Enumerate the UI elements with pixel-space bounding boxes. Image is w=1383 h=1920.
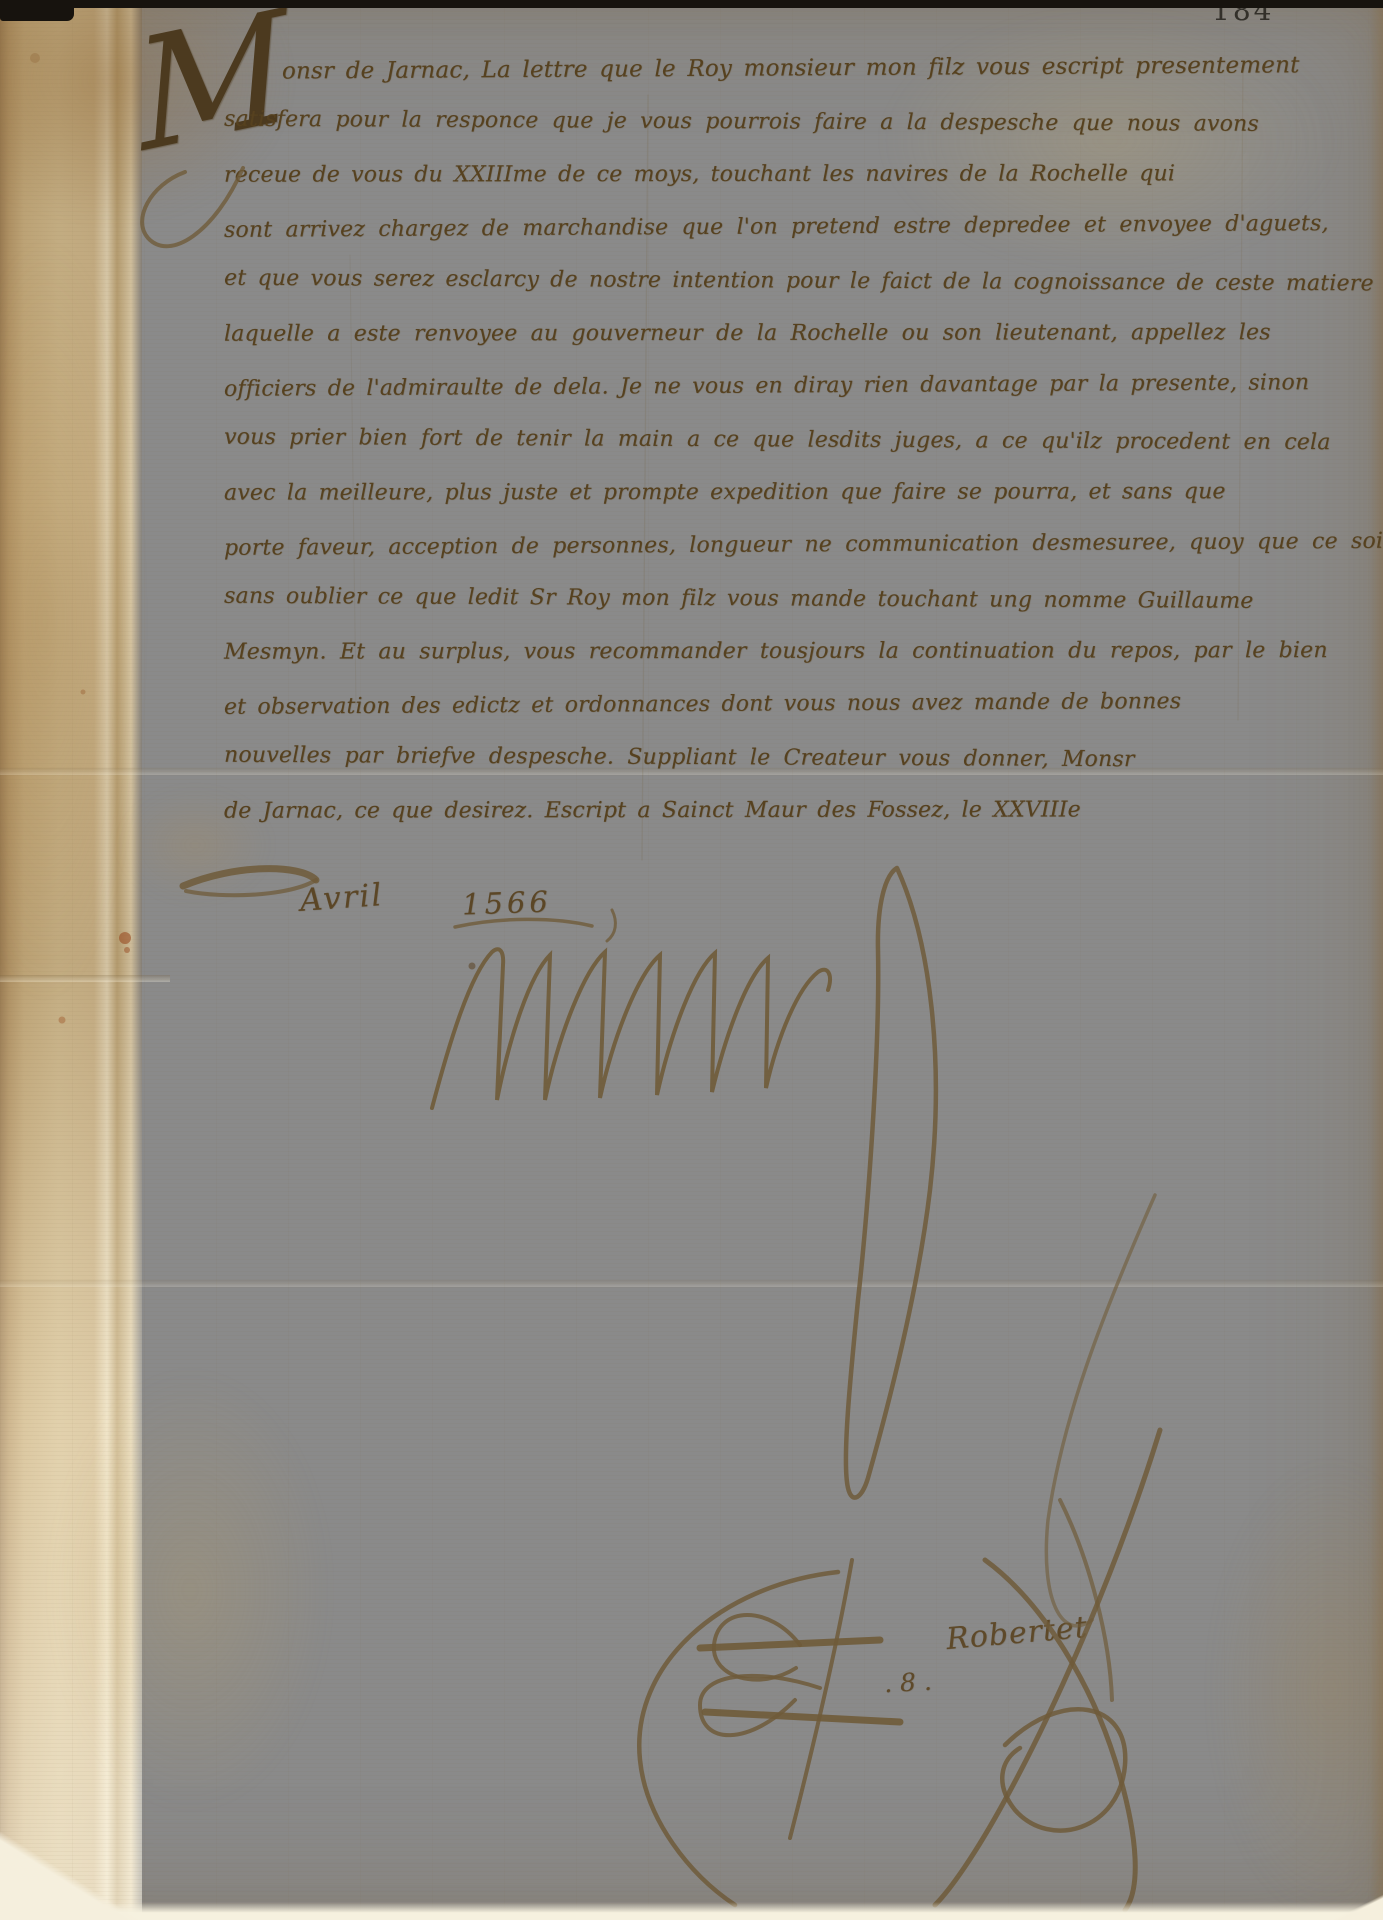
manuscript-line: et que vous serez esclarcy de nostre int… bbox=[224, 266, 1154, 324]
dateline-month: Avril bbox=[299, 877, 385, 919]
left-fold-edge bbox=[0, 0, 142, 1920]
manuscript-line: satisfera pour la responce que je vous p… bbox=[224, 107, 1154, 165]
dateline-swash bbox=[183, 869, 316, 886]
bottom-left-backing bbox=[0, 1825, 150, 1920]
caterine-signature-stroke bbox=[432, 949, 830, 1108]
manuscript-line: Mesmyn. Et au surplus, vous recommander … bbox=[224, 638, 1154, 692]
manuscript-line: onsr de Jarnac, La lettre que le Roy mon… bbox=[224, 53, 1154, 112]
manuscript-line: officiers de l'admiraulte de dela. Je ne… bbox=[224, 371, 1154, 430]
manuscript-line: avec la meilleure, plus juste et prompte… bbox=[224, 479, 1154, 533]
robertet-arc bbox=[639, 1572, 838, 1905]
horizontal-fold-crease bbox=[0, 1280, 1383, 1287]
manuscript-line: sans oublier ce que ledit Sr Roy mon fil… bbox=[224, 584, 1154, 642]
manuscript-line: de Jarnac, ce que desirez. Escript a Sai… bbox=[224, 797, 1154, 851]
descending-loop bbox=[846, 868, 936, 1498]
manuscript-line: receue de vous du XXIIIme de ce moys, to… bbox=[224, 161, 1154, 215]
registry-mark: . 8 . bbox=[883, 1667, 932, 1698]
letter-body: onsr de Jarnac, La lettre que le Roy mon… bbox=[224, 56, 1154, 851]
manuscript-page: M onsr de Jarnac, La lettre que le Roy m… bbox=[0, 0, 1383, 1920]
scan-top-edge-left bbox=[0, 0, 74, 21]
manuscript-line: sont arrivez chargez de marchandise que … bbox=[224, 212, 1154, 271]
scan-bottom-edge bbox=[0, 1902, 1383, 1920]
dateline-year: 1566 bbox=[461, 884, 552, 921]
folio-number: 184 bbox=[1212, 8, 1322, 25]
manuscript-line: porte faveur, acception de personnes, lo… bbox=[224, 530, 1154, 589]
scan-top-edge bbox=[0, 0, 1383, 8]
manuscript-line: vous prier bien fort de tenir la main a … bbox=[224, 425, 1154, 483]
manuscript-line: laquelle a este renvoyee au gouverneur d… bbox=[224, 320, 1154, 374]
manuscript-line: et observation des edictz et ordonnances… bbox=[224, 689, 1154, 748]
bottom-right-stain bbox=[1210, 1460, 1383, 1920]
bottom-right-backing bbox=[1319, 1888, 1383, 1920]
robertet-bar bbox=[705, 1712, 900, 1722]
manuscript-line: nouvelles par briefve despesche. Supplia… bbox=[224, 743, 1154, 801]
robertet-bar bbox=[700, 1640, 880, 1648]
secretary-signature: Robertet bbox=[945, 1610, 1089, 1657]
